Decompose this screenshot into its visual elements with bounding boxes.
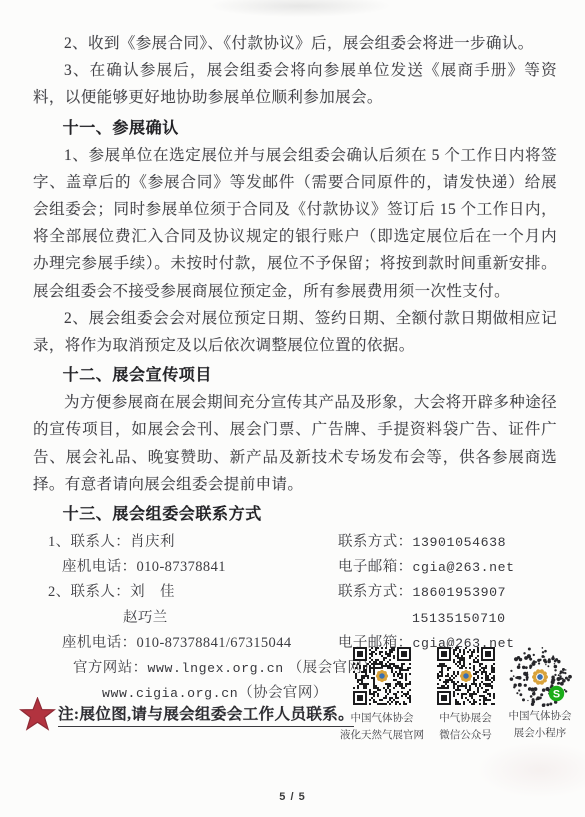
red-star-shape (21, 698, 55, 729)
qr-caption: 中国气体协会 (509, 708, 572, 725)
qr-item-miniprogram: S 中国气体协会 展会小程序 (507, 644, 573, 741)
qr-code-wechat-official-icon (437, 647, 495, 705)
section-heading-12: 十二、展会宣传项目 (33, 363, 557, 389)
contact-row: 赵巧兰 15135150710 (33, 606, 557, 631)
paragraph-12-1: 为方便参展商在展会期间充分宣传其产品及形象，大会将开辟多种途径的宣传项目，如展会… (33, 389, 557, 498)
paragraph-manual-sending: 3、在确认参展后，展会组委会将向参展单位发送《展商手册》等资料，以便能够更好地协… (33, 57, 557, 111)
contact-1-landline: 座机电话：010-87378841 (33, 555, 338, 580)
contact-3-phone: 15135150710 (412, 611, 506, 626)
paragraph-11-2: 2、展会组委会会对展位预定日期、签约日期、全额付款日期做相应记录，将作为取消预定… (33, 305, 557, 359)
qr-code-strip: 中国气体协会 液化天然气展官网 中气协展会 微信公众号 S 中国气体协会 展会小… (340, 644, 573, 743)
contact-2-phone-label: 联系方式： (338, 580, 413, 604)
document-page: 2、收到《参展合同》、《付款协议》后，展会组委会将进一步确认。 3、在确认参展后… (0, 0, 585, 817)
contact-3-name: 赵巧兰 (33, 606, 338, 631)
qr-caption: 中气协展会 (439, 710, 492, 727)
page-number: 5 / 5 (0, 791, 585, 803)
paragraph-confirm-receipt: 2、收到《参展合同》、《付款协议》后，展会组委会将进一步确认。 (33, 30, 557, 57)
paragraph-11-1: 1、参展单位在选定展位并与展会组委会确认后须在 5 个工作日内将签字、盖章后的《… (33, 142, 557, 305)
contact-2-landline: 座机电话：010-87378841/67315044 (33, 631, 338, 656)
section-heading-11: 十一、参展确认 (33, 116, 557, 142)
contact-1-phone: 13901054638 (413, 535, 507, 550)
red-star-icon (19, 697, 56, 732)
qr-code-lng-website-icon (353, 647, 411, 705)
contact-1-name: 1、联系人：肖庆利 (33, 530, 338, 555)
contact-row: 2、联系人：刘 佳 联系方式：18601953907 (33, 580, 557, 605)
qr-caption: 展会小程序 (509, 725, 572, 742)
qr-item-wechat-official: 中气协展会 微信公众号 (437, 644, 495, 743)
booth-map-note: 注:展位图,请与展会组委会工作人员联系。 (19, 697, 354, 732)
contact-row: 座机电话：010-87378841 电子邮箱：cgia@263.net (33, 555, 557, 580)
contact-1-email: cgia@263.net (413, 560, 515, 575)
contact-1-phone-label: 联系方式： (338, 530, 413, 554)
website-label: 官方网站： (73, 660, 148, 676)
contact-row: 1、联系人：肖庆利 联系方式：13901054638 (33, 530, 557, 555)
note-text: 注:展位图,请与展会组委会工作人员联系。 (58, 702, 354, 727)
contact-2-phone: 18601953907 (413, 585, 507, 600)
document-content: 2、收到《参展合同》、《付款协议》后，展会组委会将进一步确认。 3、在确认参展后… (33, 30, 557, 706)
section-heading-13: 十三、展会组委会联系方式 (33, 502, 557, 528)
exhibition-website-url: www.lngex.org.cn (148, 661, 284, 676)
contact-1-email-label: 电子邮箱： (338, 555, 413, 579)
contact-2-name: 2、联系人：刘 佳 (33, 580, 338, 605)
qr-caption: 微信公众号 (439, 727, 492, 744)
qr-code-miniprogram-icon: S (507, 644, 573, 710)
svg-text:S: S (553, 689, 560, 701)
